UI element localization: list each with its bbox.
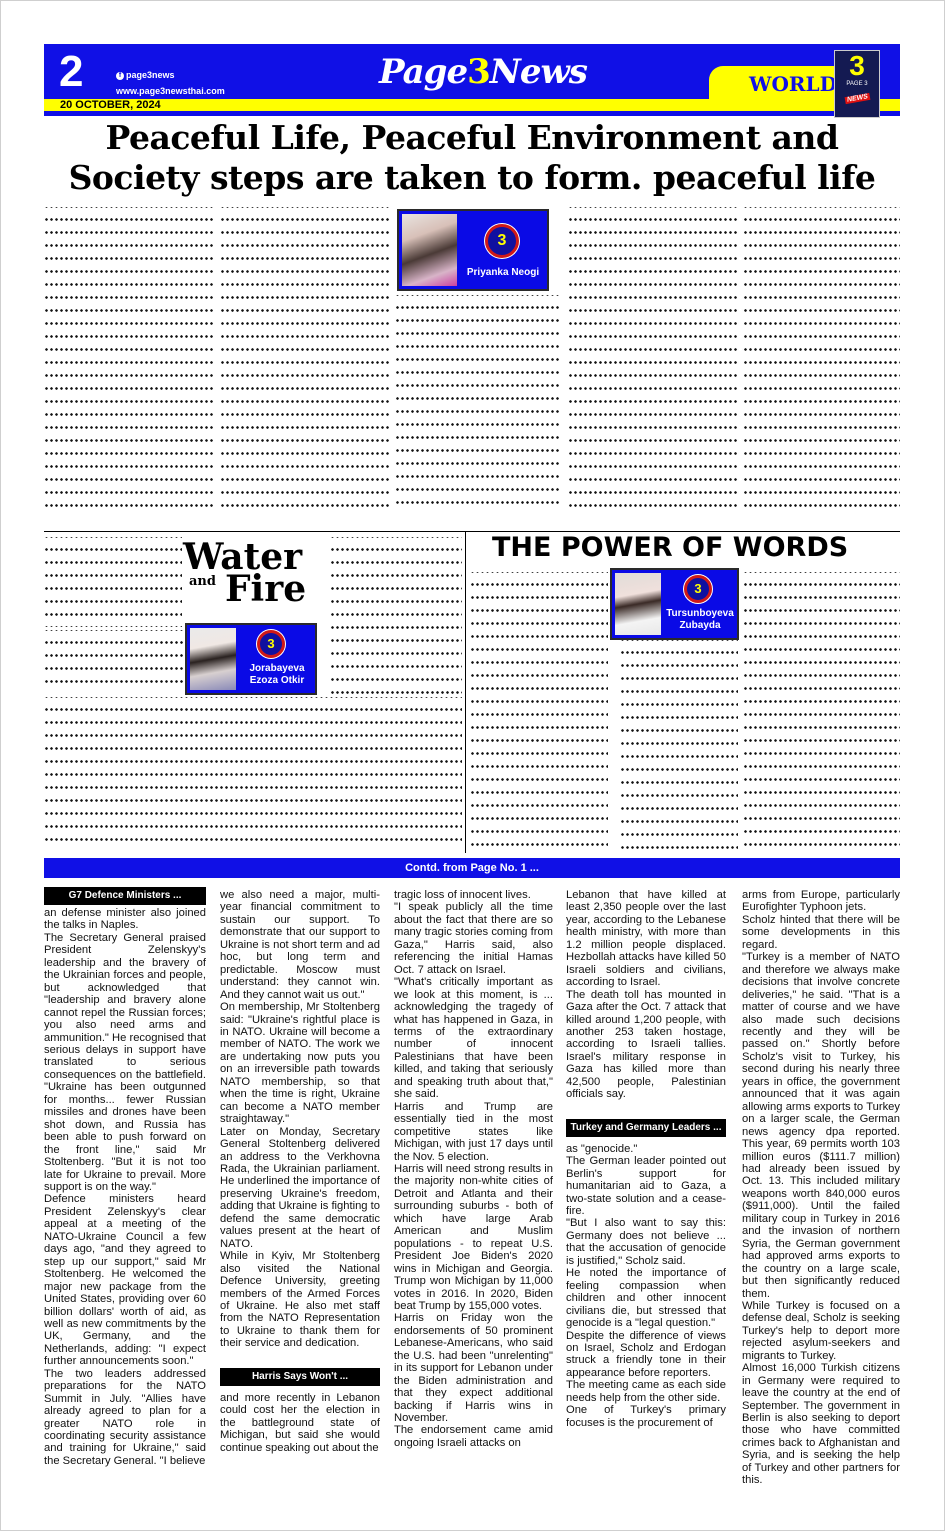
water-fire-title-fire: Fire (225, 568, 306, 610)
page3-seal-icon: 3 (257, 630, 285, 658)
continued-column-4: Lebanon that have killed at least 2,350 … (566, 889, 726, 1429)
section-heading-harris: Harris Says Won't ... (220, 1368, 380, 1386)
paragraph: we also need a major, multi-year financi… (220, 889, 380, 1001)
author-name-line-2: Ezoza Otkir (239, 675, 315, 687)
author-name-line-1: Tursunboyeva (662, 608, 738, 620)
lead-article-column-5 (743, 207, 900, 507)
power-words-column-2 (620, 640, 738, 850)
page3-badge-icon: 3 PAGE 3 NEWS (834, 50, 880, 118)
paragraph: Later on Monday, Secretary General Stolt… (220, 1126, 380, 1251)
paragraph: "I speak publicly all the time about the… (394, 901, 553, 976)
column-divider (465, 531, 466, 853)
logo-left: Page (379, 52, 467, 92)
paragraph: One of Turkey's primary focuses is the p… (566, 1404, 726, 1429)
paragraph: as "genocide." (566, 1143, 726, 1155)
section-heading-g7: G7 Defence Ministers ... (44, 887, 206, 905)
power-words-column-3 (743, 572, 900, 850)
water-fire-title-and: and (189, 574, 216, 589)
badge-number: 3 (835, 51, 879, 81)
paragraph: On membership, Mr Stoltenberg said: "Ukr… (220, 1001, 380, 1126)
paragraph: "What's critically important as we look … (394, 976, 553, 1101)
paragraph: and more recently in Lebanon could cost … (220, 1392, 380, 1454)
author-photo (615, 573, 661, 635)
section-label: WORLD (749, 72, 837, 96)
water-fire-text-right (330, 537, 462, 697)
paragraph: Despite the difference of views on Israe… (566, 1330, 726, 1380)
paragraph: While Turkey is focused on a defense dea… (742, 1300, 900, 1362)
paragraph: Almost 16,000 Turkish citizens in German… (742, 1362, 900, 1487)
paragraph: He noted the importance of feeling compa… (566, 1267, 726, 1329)
paragraph: an defense minister also joined the talk… (44, 907, 206, 932)
paragraph: "But I also want to say this: Germany do… (566, 1217, 726, 1267)
author-name-line-1: Jorabayeva (239, 663, 315, 675)
paragraph: arms from Europe, particularly Eurofight… (742, 889, 900, 914)
water-fire-text-left (44, 537, 182, 627)
page-number: 2 (59, 48, 83, 96)
paragraph: Harris will need strong results in the m… (394, 1163, 553, 1312)
paragraph: Harris on Friday won the endorsements of… (394, 1312, 553, 1424)
water-fire-text-left-2 (44, 630, 184, 690)
paragraph: The endorsement came amid ongoing Israel… (394, 1424, 553, 1449)
headline-line-2: Society steps are taken to form. peacefu… (44, 158, 900, 198)
masthead-bottom-bar (44, 111, 900, 116)
paragraph: While in Kyiv, Mr Stoltenberg also visit… (220, 1250, 380, 1350)
issue-date: 20 OCTOBER, 2024 (60, 99, 161, 111)
paragraph: The Secretary General praised President … (44, 932, 206, 1194)
logo-three: 3 (467, 52, 490, 92)
paragraph: "Turkey is a member of NATO and therefor… (742, 951, 900, 1300)
lead-article-column-2 (220, 207, 390, 507)
paragraph: Scholz hinted that there will be some de… (742, 914, 900, 951)
power-words-column-1 (470, 572, 608, 850)
continued-column-5: arms from Europe, particularly Eurofight… (742, 889, 900, 1487)
lead-article-column-1 (44, 207, 214, 507)
water-fire-text-bottom (44, 697, 462, 847)
lead-headline: Peaceful Life, Peaceful Environment and … (44, 118, 900, 198)
badge-news: NEWS (844, 93, 870, 104)
page3-seal-icon: 3 (684, 575, 712, 603)
paragraph: The meeting came as each side needs help… (566, 1379, 726, 1404)
author-photo (402, 214, 457, 286)
author-name-line-2: Zubayda (662, 620, 738, 632)
paragraph: The two leaders addressed preparations f… (44, 1368, 206, 1468)
social-handle[interactable]: fpage3news (116, 70, 175, 80)
paragraph: Lebanon that have killed at least 2,350 … (566, 889, 726, 989)
continued-banner: Contd. from Page No. 1 ... (44, 858, 900, 878)
paragraph: tragic loss of innocent lives. (394, 889, 553, 901)
facebook-icon: f (116, 72, 124, 80)
lead-article-column-4 (568, 207, 738, 507)
continued-column-2: we also need a major, multi-year financi… (220, 889, 380, 1454)
author-card-tursunboyeva: 3 Tursunboyeva Zubayda (610, 568, 739, 640)
continued-column-3: tragic loss of innocent lives. "I speak … (394, 889, 553, 1449)
date-bar (44, 99, 900, 111)
section-heading-turkey: Turkey and Germany Leaders ... (566, 1119, 726, 1137)
website-link[interactable]: www.page3newsthai.com (116, 86, 225, 96)
page3-seal-icon: 3 (485, 224, 519, 258)
badge-label: PAGE 3 (835, 81, 879, 87)
continued-column-1: G7 Defence Ministers ... an defense mini… (44, 887, 206, 1467)
author-card-jorabayeva: 3 Jorabayeva Ezoza Otkir (185, 623, 317, 695)
author-photo (190, 628, 236, 690)
paragraph: The German leader pointed out Berlin's s… (566, 1155, 726, 1217)
headline-line-1: Peaceful Life, Peaceful Environment and (44, 118, 900, 158)
logo-right: News (490, 52, 587, 92)
author-name: Priyanka Neogi (459, 267, 547, 279)
newspaper-logo: Page3News (379, 52, 587, 92)
power-of-words-title: THE POWER OF WORDS (492, 532, 848, 563)
paragraph: The death toll has mounted in Gaza after… (566, 989, 726, 1101)
author-card-priyanka: 3 Priyanka Neogi (397, 209, 549, 291)
social-handle-text: page3news (126, 70, 175, 80)
paragraph: Defence ministers heard President Zelens… (44, 1193, 206, 1367)
lead-article-column-3 (395, 295, 560, 507)
masthead: 2 fpage3news www.page3newsthai.com 20 OC… (44, 44, 900, 116)
paragraph: Harris and Trump are essentially tied in… (394, 1101, 553, 1163)
